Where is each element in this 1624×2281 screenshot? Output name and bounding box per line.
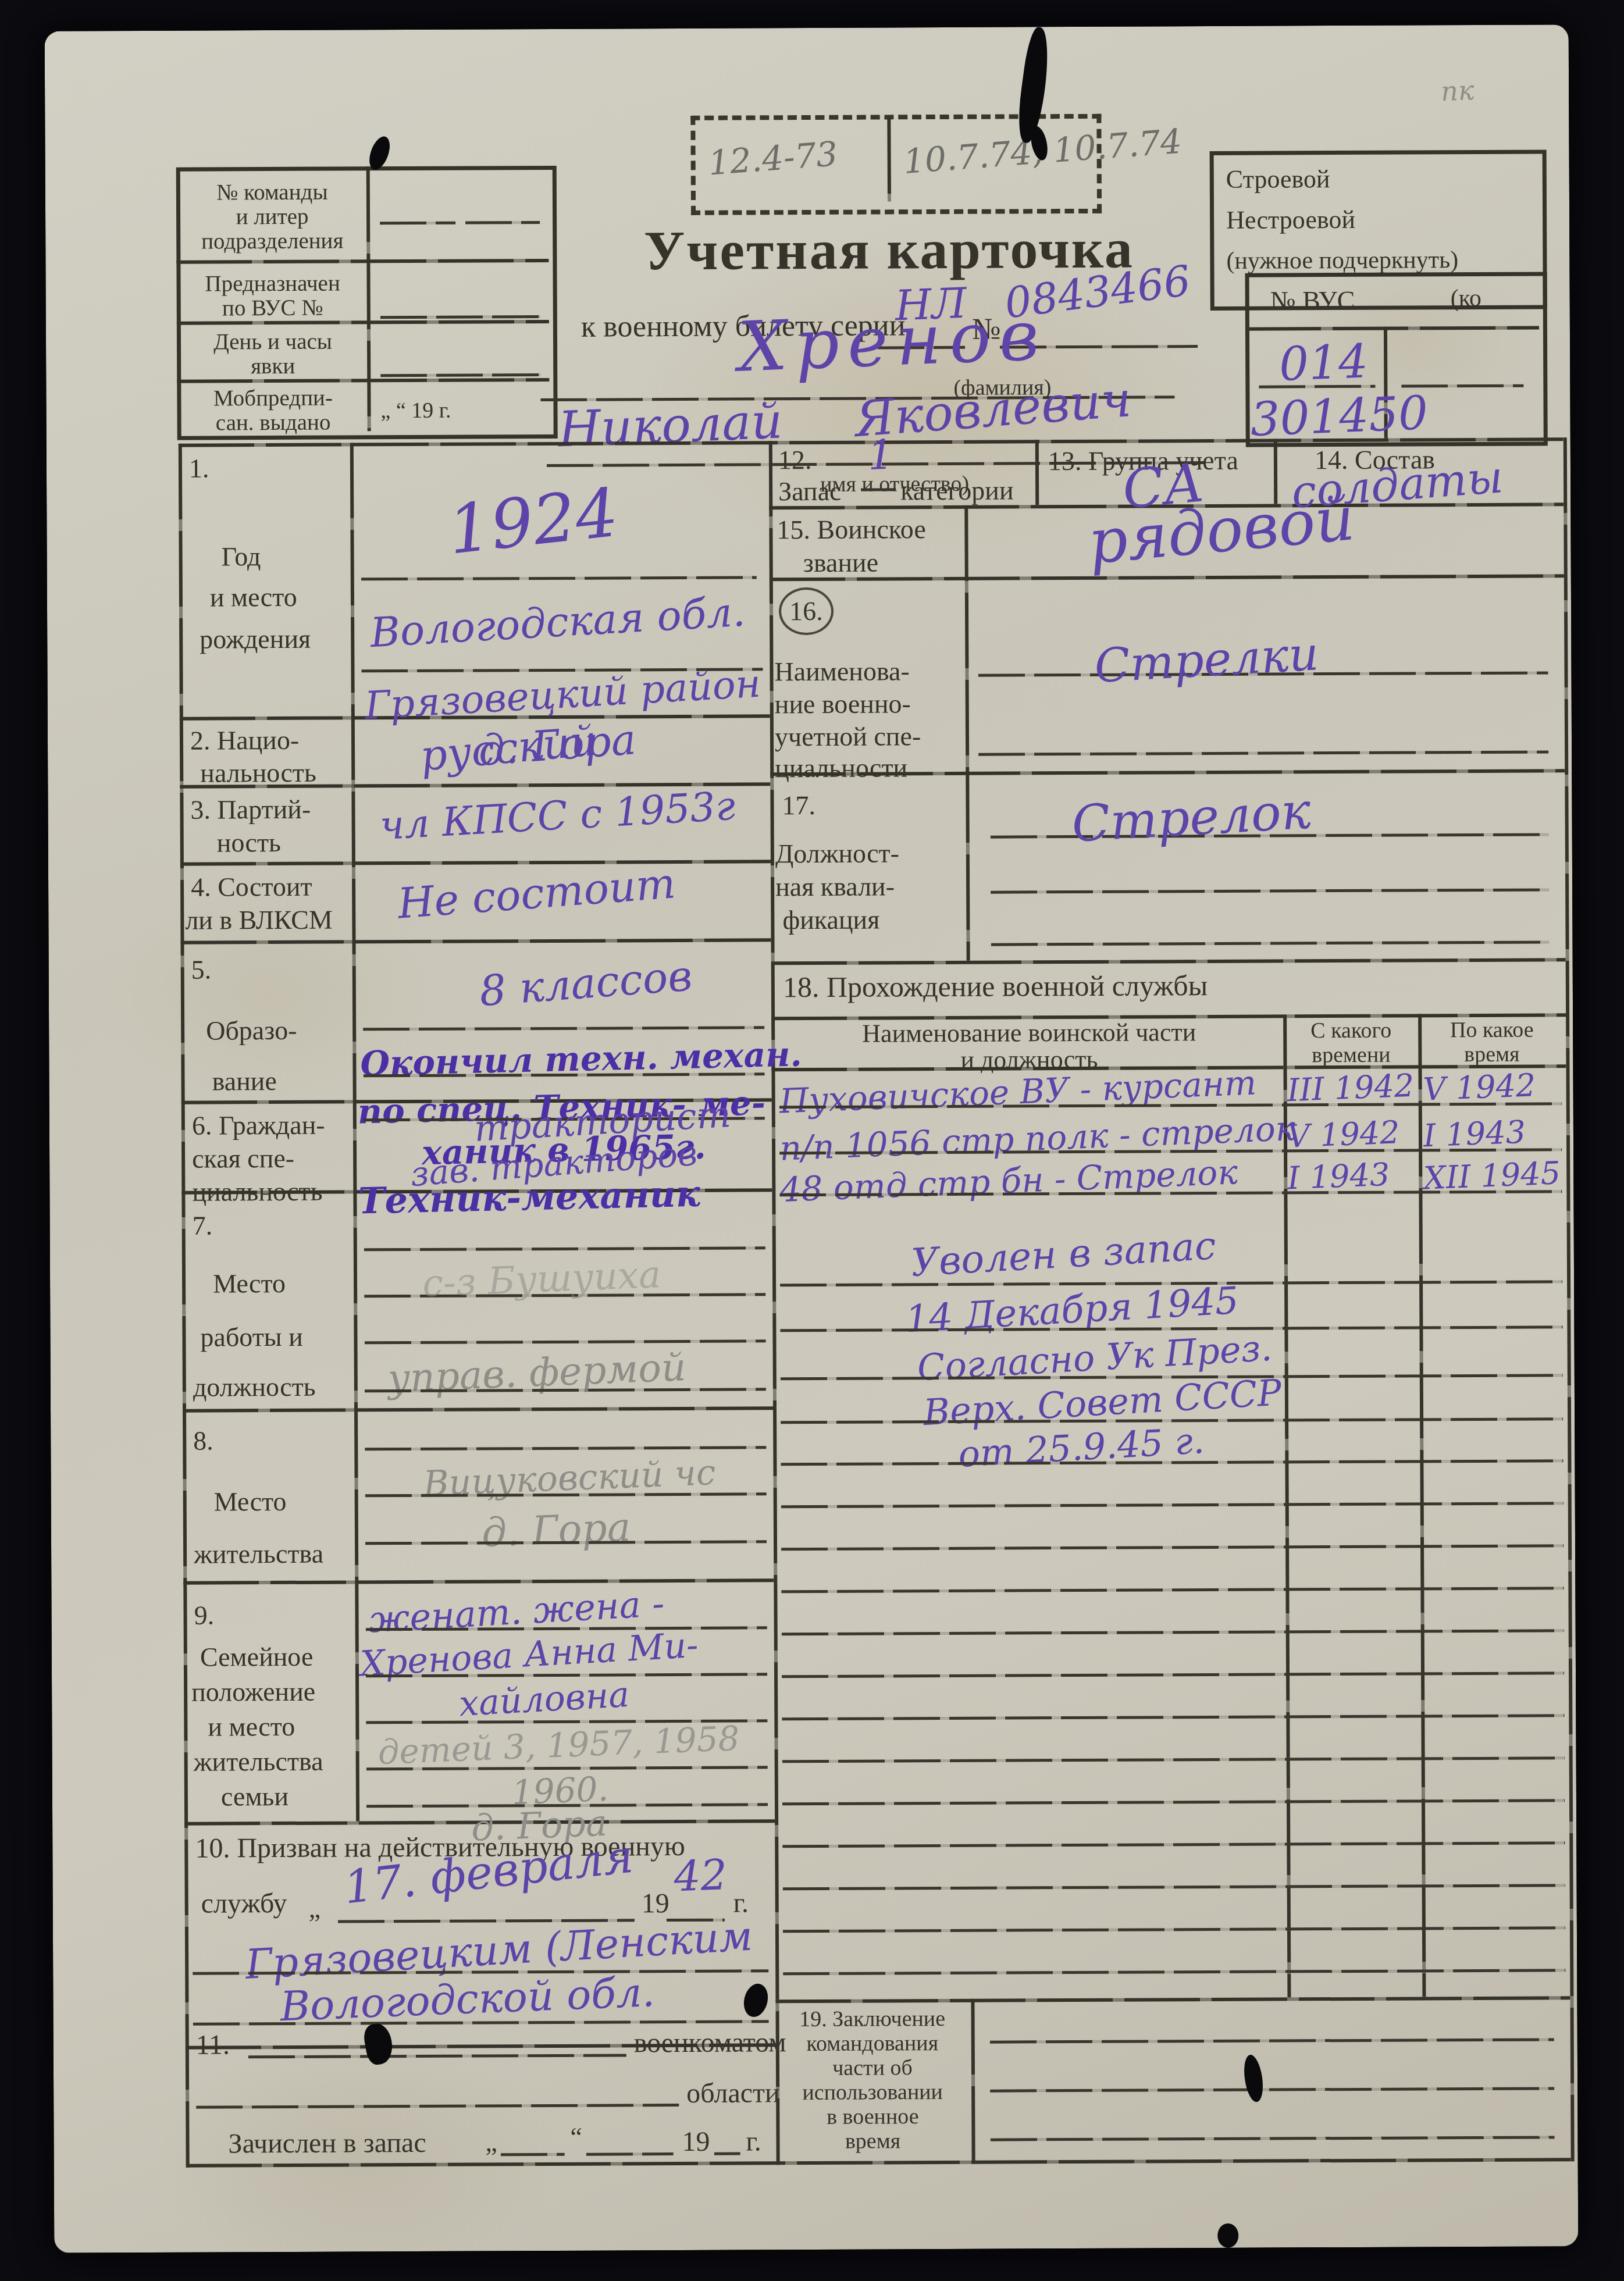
field11-rule-5 — [714, 2152, 740, 2155]
service-row2-to: I 1943 — [1423, 1117, 1526, 1152]
firstname-handwritten: Николай — [557, 397, 783, 454]
service-blank-rule-10 — [783, 1884, 1565, 1890]
field1-rule-1 — [361, 576, 757, 580]
field1-number: 1. — [189, 454, 209, 483]
field9-label-4: жительства — [194, 1747, 323, 1777]
service-row1-to: V 1942 — [1423, 1070, 1537, 1106]
service-col3-header-2: время — [1420, 1042, 1563, 1067]
service-blank-rule-7 — [782, 1756, 1565, 1763]
field4-label-2: ли в ВЛКСМ — [185, 906, 333, 935]
reg-row2-label: Предназначенпо ВУС № — [185, 271, 359, 321]
row-border-18-19 — [775, 1996, 1570, 2003]
service-blank-rule-11 — [783, 1926, 1565, 1933]
field12-category-handwritten: 1 — [867, 434, 895, 476]
field8-line2-pencil: д. Гора — [481, 1508, 632, 1553]
service-row3-to: XII 1945 — [1423, 1157, 1561, 1194]
field11-g: г. — [746, 2126, 761, 2157]
service-row3-from: I 1943 — [1287, 1159, 1390, 1195]
field6-label-1: 6. Граждан- — [192, 1111, 325, 1140]
reg-row1-blank-a — [380, 222, 455, 225]
service-blank-rule-4 — [782, 1629, 1564, 1635]
service-rule-5 — [780, 1325, 1562, 1332]
field11-rule-3 — [501, 2153, 565, 2156]
field19-label-6: время — [779, 2129, 966, 2154]
field12-number: 12. — [778, 445, 812, 475]
field8-label-2: жительства — [194, 1539, 323, 1569]
field16-number: 16. — [789, 596, 823, 626]
row-border-8-9 — [183, 1578, 774, 1584]
field3-label-2: ность — [217, 828, 281, 857]
field7-rule-1 — [364, 1246, 765, 1251]
field3-value-handwritten: чл КПСС с 1953г — [379, 787, 736, 847]
field19-label-5: в военное — [779, 2105, 966, 2129]
field8-label-1: Место — [214, 1487, 287, 1516]
stroevoy-line1: Строевой — [1226, 165, 1330, 193]
service-row2-from: V 1942 — [1287, 1117, 1401, 1153]
date-stamp-divider — [887, 118, 891, 201]
reg-row3-label: День и часыявки — [186, 329, 360, 379]
field16-label-1: Наименова- — [774, 657, 909, 686]
field3-label-1: 3. Партий- — [190, 795, 311, 825]
service-blank-rule-9 — [782, 1841, 1565, 1848]
field11-q2: “ — [570, 2123, 582, 2152]
field16-number-circle: 16. — [779, 587, 834, 635]
field9-label-3: и место — [208, 1712, 295, 1741]
field9-label-5: семьи — [221, 1782, 289, 1811]
field5-label-1: Образо- — [206, 1016, 297, 1045]
service-row1-from: III 1942 — [1287, 1070, 1415, 1107]
reg-row1-label: № командыи литерподразделения — [185, 180, 360, 254]
field5-line1-handwritten: 8 классов — [478, 954, 694, 1012]
hdr-divider-12-13 — [1035, 440, 1039, 505]
field16-value-handwritten: Стрелки — [1093, 630, 1320, 690]
field19-rule-3 — [991, 2136, 1555, 2141]
field11-rule-1 — [248, 2054, 626, 2058]
vus-number2-handwritten: 301450 — [1249, 390, 1429, 443]
reg-row4-label: Мобпредпи-сан. выдано — [186, 386, 360, 436]
field7-line1-pencil: с-з Бушуиха — [422, 1256, 661, 1303]
field17-label-3: фикация — [782, 905, 879, 934]
table-right-border — [1564, 437, 1575, 2161]
field11-rule-4 — [586, 2152, 674, 2156]
row-border-15-16 — [770, 574, 1564, 581]
field19-rule-1 — [990, 2038, 1554, 2043]
field6-label-2: ская спе- — [192, 1144, 294, 1173]
field12-label2: категории — [900, 476, 1014, 505]
service-col1-header-1: Наименование воинской части — [782, 1018, 1276, 1048]
field17-rule-3 — [991, 940, 1550, 946]
row-border-3-4 — [180, 860, 771, 865]
field12-label1: Запас — [778, 477, 842, 506]
field15-label-1: 15. Воинское — [777, 515, 926, 544]
service-blank-rule-2 — [781, 1544, 1564, 1551]
field19-label-2: командования — [779, 2031, 966, 2056]
right-label-divider — [964, 505, 970, 961]
field5-label-2: вание — [212, 1067, 276, 1096]
field1-year-handwritten: 1924 — [445, 479, 621, 564]
screenshot-root: { "corner_note": "пк", "stamp_dates": {"… — [0, 0, 1624, 2281]
field4-label-1: 4. Состоит — [191, 872, 312, 902]
field17-label-2: ная квали- — [775, 872, 895, 901]
service-blank-rule-3 — [781, 1587, 1564, 1593]
field19-label-1: 19. Заключение — [779, 2007, 966, 2031]
field9-number: 9. — [194, 1601, 214, 1630]
stroevoy-line3: (нужное подчеркнуть) — [1226, 247, 1458, 275]
paper-hole-bottom-1 — [362, 2022, 396, 2066]
table-left-border — [179, 444, 190, 2168]
field17-rule-2 — [991, 888, 1549, 893]
field17-label-1: Должност- — [775, 839, 899, 868]
left-label-divider — [350, 443, 359, 1821]
field2-label-1: 2. Нацио- — [190, 726, 299, 755]
field16-label-3: учетной спе- — [775, 722, 921, 751]
field7-label-1: Место — [213, 1269, 286, 1298]
field16-label-4: циальности — [775, 753, 907, 783]
field12-rule — [861, 488, 896, 491]
table-bottom-border — [186, 2158, 1573, 2167]
service-blank-rule-5 — [782, 1671, 1564, 1678]
row-border-17-18 — [771, 958, 1566, 965]
vus-number-handwritten: 014 — [1278, 338, 1369, 388]
field19-label-4: использовании — [779, 2080, 966, 2105]
section18-title: 18. Прохождение военной службы — [783, 970, 1208, 1003]
service-blank-rule-8 — [782, 1799, 1565, 1805]
field19-rule-2 — [990, 2087, 1554, 2092]
field8-number: 8. — [193, 1426, 213, 1455]
field9-line3-handwritten: хайловна — [458, 1677, 631, 1722]
field1-label-3: рождения — [200, 625, 311, 654]
row-border-4-5 — [181, 938, 771, 944]
field11-number: 11. — [196, 2030, 230, 2060]
field1-label-1: Год — [222, 542, 261, 571]
field6-line3-handwritten: Техник-механик — [358, 1176, 700, 1220]
field11-zachislen: Зачислен в запас — [228, 2128, 426, 2159]
registration-card-sheet: пк № командыи литерподразделения Предназ… — [45, 24, 1579, 2253]
field17-value-handwritten: Стрелок — [1070, 786, 1312, 850]
field4-value-handwritten: Не состоит — [396, 862, 677, 924]
field19-divider — [971, 1999, 975, 2164]
field16-label-2: ние военно- — [775, 689, 911, 719]
field17-number: 17. — [782, 791, 815, 820]
field1-oblast-handwritten: Вологодская обл. — [369, 591, 746, 653]
service-blank-rule-12 — [783, 1969, 1565, 1975]
vus-box-title: № ВУС — [1270, 286, 1355, 315]
field5-number: 5. — [191, 955, 212, 984]
corner-pencil-note: пк — [1440, 77, 1475, 105]
field5-rule-1 — [363, 1026, 764, 1031]
discharge-line-1: Уволен в запас — [910, 1227, 1217, 1282]
field10-quote: „ — [309, 1894, 321, 1923]
vus-box-title-right: (ко — [1451, 286, 1481, 312]
paper-hole-bottom-4 — [1217, 2223, 1238, 2248]
stamp-date-1: 12.4-73 — [707, 137, 839, 180]
field10-printed-19: 19 — [642, 1888, 669, 1919]
row-border-7-8 — [183, 1406, 773, 1412]
surname-handwritten: Хренов — [737, 301, 1048, 382]
service-col3-header-1: По какое — [1420, 1018, 1563, 1042]
field11-q1: „ — [485, 2127, 497, 2157]
stroevoy-line2: Нестроевой — [1226, 206, 1355, 234]
field9-label-2: положение — [191, 1677, 315, 1707]
field7-number: 7. — [193, 1211, 213, 1240]
field11-voenkomat: военкоматом — [634, 2027, 786, 2058]
field11-oblast: области — [686, 2078, 780, 2109]
field10-label-2: службу — [201, 1888, 287, 1919]
field16-rule-2 — [978, 750, 1548, 755]
reg-row4-value: „ “ 19 г. — [380, 399, 451, 423]
field1-label-2: и место — [210, 583, 297, 612]
service-col2-header-2: времени — [1285, 1043, 1416, 1067]
field9-label-1: Семейное — [200, 1642, 314, 1672]
field2-label-2: нальность — [200, 758, 316, 788]
field15-label-2: звание — [803, 548, 879, 577]
field8-rule-1 — [365, 1446, 766, 1450]
field11-printed-19: 19 — [682, 2127, 710, 2157]
paper-hole-bottom-3 — [1241, 2054, 1265, 2103]
field19-label-3: части об — [779, 2056, 966, 2080]
field10-rule-3 — [193, 2020, 769, 2025]
discharge-line-5: от 25.9.45 г. — [957, 1423, 1205, 1473]
paper-hole-bottom-2 — [740, 1981, 771, 2020]
service-blank-rule-6 — [782, 1714, 1564, 1720]
field7-label-2: работы и — [200, 1323, 303, 1352]
service-blank-rule-1 — [781, 1502, 1564, 1508]
reg-row1-blank-b — [465, 221, 540, 224]
field7-label-3: должность — [193, 1373, 316, 1402]
field6-label-3: циальность — [192, 1177, 322, 1207]
field9-line4-pencil: детей 3, 1957, 1958 — [377, 1722, 740, 1769]
field11-rule-2 — [196, 2104, 679, 2109]
patronymic-handwritten: Яковлевич — [853, 375, 1133, 444]
field7-rule-3 — [365, 1339, 766, 1344]
field10-year-handwritten: 42 — [673, 1854, 728, 1898]
service-col2-header-1: С какого — [1285, 1018, 1416, 1043]
